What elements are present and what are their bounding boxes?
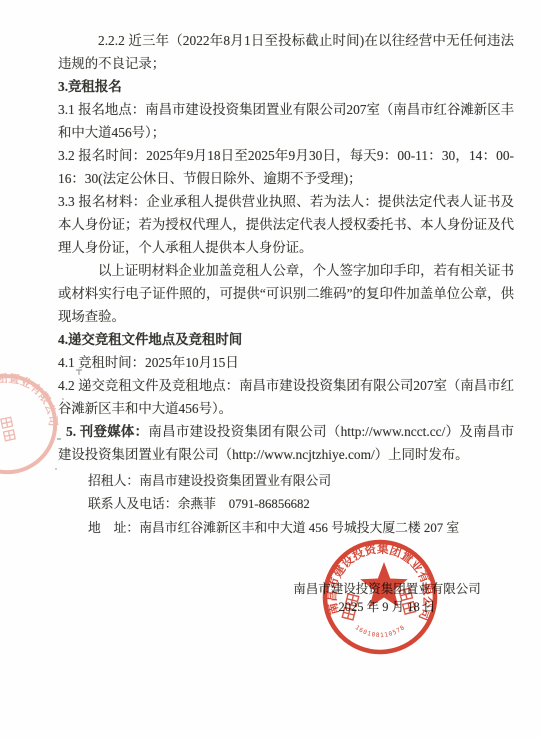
svg-text:南昌市建设投资集团置业有限公司: 南昌市建设投资集团置业有限公司 xyxy=(0,354,65,467)
contact-phone-line: 联系人及电话：余燕菲 0791-86856682 xyxy=(88,493,508,516)
clause-3-2: 3.2 报名时间：2025年9月18日至2025年9月30日，每天9：00-11… xyxy=(58,144,514,190)
clause-4-2: 4.2 递交竞租文件及竞租地点：南昌市建设投资集团有限公司207室（南昌市红谷滩… xyxy=(58,374,514,420)
clause-3-3: 3.3 报名材料：企业承租人提供营业执照、若为法人：提供法定代表人证书及本人身份… xyxy=(58,190,514,259)
clause-4-1: 4.1 竞租时间：2025年10月15日 xyxy=(58,351,514,374)
company-seal: 南昌市建设投资集团置业有限公司 1601081105780 xyxy=(318,535,442,659)
heading-3: 3.竞租报名 xyxy=(58,75,514,98)
contact-block: 招租人：南昌市建设投资集团置业有限公司 联系人及电话：余燕菲 0791-8685… xyxy=(88,470,508,540)
partial-seal-inner-mark xyxy=(1,417,15,441)
clause-materials-note: 以上证明材料企业加盖竞租人公章，个人签字加印手印，若有相关证书或材料实行电子证件… xyxy=(58,259,514,328)
lessor-line: 招租人：南昌市建设投资集团置业有限公司 xyxy=(88,470,508,493)
clause-3-1: 3.1 报名地点：南昌市建设投资集团置业有限公司207室（南昌市红谷滩新区丰和中… xyxy=(58,98,514,144)
document-body: 2.2.2 近三年（2022年8月1日至投标截止时间)在以往经营中无任何违法违规… xyxy=(58,29,514,466)
address-line: 地 址：南昌市红谷滩新区丰和中大道 456 号城投大厦二楼 207 室 xyxy=(88,517,508,540)
clause-2-2-2: 2.2.2 近三年（2022年8月1日至投标截止时间)在以往经营中无任何违法违规… xyxy=(58,29,514,75)
scanned-document-page: 2.2.2 近三年（2022年8月1日至投标截止时间)在以往经营中无任何违法违规… xyxy=(0,0,541,738)
clause-5-media: 5. 刊登媒体：南昌市建设投资集团有限公司（http://www.ncct.cc… xyxy=(58,420,514,466)
partial-seal-arc-text: 南昌市建设投资集团置业有限公司 xyxy=(0,354,65,467)
seal-inner-mark-left xyxy=(342,594,358,620)
seal-star-icon xyxy=(360,562,408,607)
scan-artifact xyxy=(78,370,80,375)
heading-4: 4.递交竞租文件地点及竞租时间 xyxy=(58,328,514,351)
seal-inner-mark-right xyxy=(399,588,415,614)
